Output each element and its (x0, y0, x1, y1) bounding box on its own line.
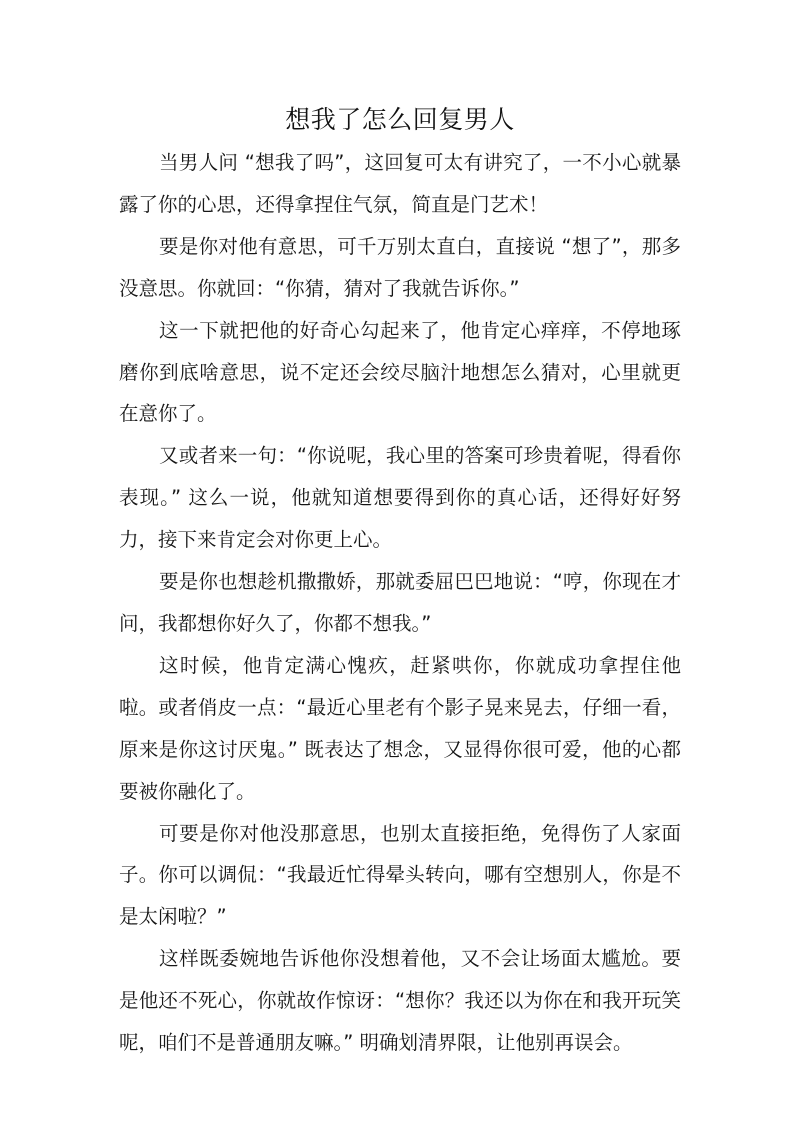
paragraph-3: 这一下就把他的好奇心勾起来了，他肯定心痒痒，不停地琢磨你到底啥意思，说不定还会绞… (119, 310, 681, 436)
paragraph-7: 可要是你对他没那意思，也别太直接拒绝，免得伤了人家面子。你可以调侃：“我最近忙得… (119, 813, 681, 939)
paragraph-8: 这样既委婉地告诉他你没想着他，又不会让场面太尴尬。要是他还不死心，你就故作惊讶：… (119, 938, 681, 1064)
paragraph-5: 要是你也想趁机撒撒娇，那就委屈巴巴地说：“哼，你现在才问，我都想你好久了，你都不… (119, 561, 681, 645)
document-page: 想我了怎么回复男人 当男人问 “想我了吗”，这回复可太有讲究了，一不小心就暴露了… (119, 102, 681, 1064)
paragraph-6: 这时候，他肯定满心愧疚，赶紧哄你，你就成功拿捏住他啦。或者俏皮一点：“最近心里老… (119, 645, 681, 813)
document-title: 想我了怎么回复男人 (119, 102, 681, 138)
paragraph-1: 当男人问 “想我了吗”，这回复可太有讲究了，一不小心就暴露了你的心思，还得拿捏住… (119, 142, 681, 226)
paragraph-2: 要是你对他有意思，可千万别太直白，直接说 “想了”，那多没意思。你就回：“你猜，… (119, 226, 681, 310)
paragraph-4: 又或者来一句：“你说呢，我心里的答案可珍贵着呢，得看你表现。” 这么一说，他就知… (119, 435, 681, 561)
